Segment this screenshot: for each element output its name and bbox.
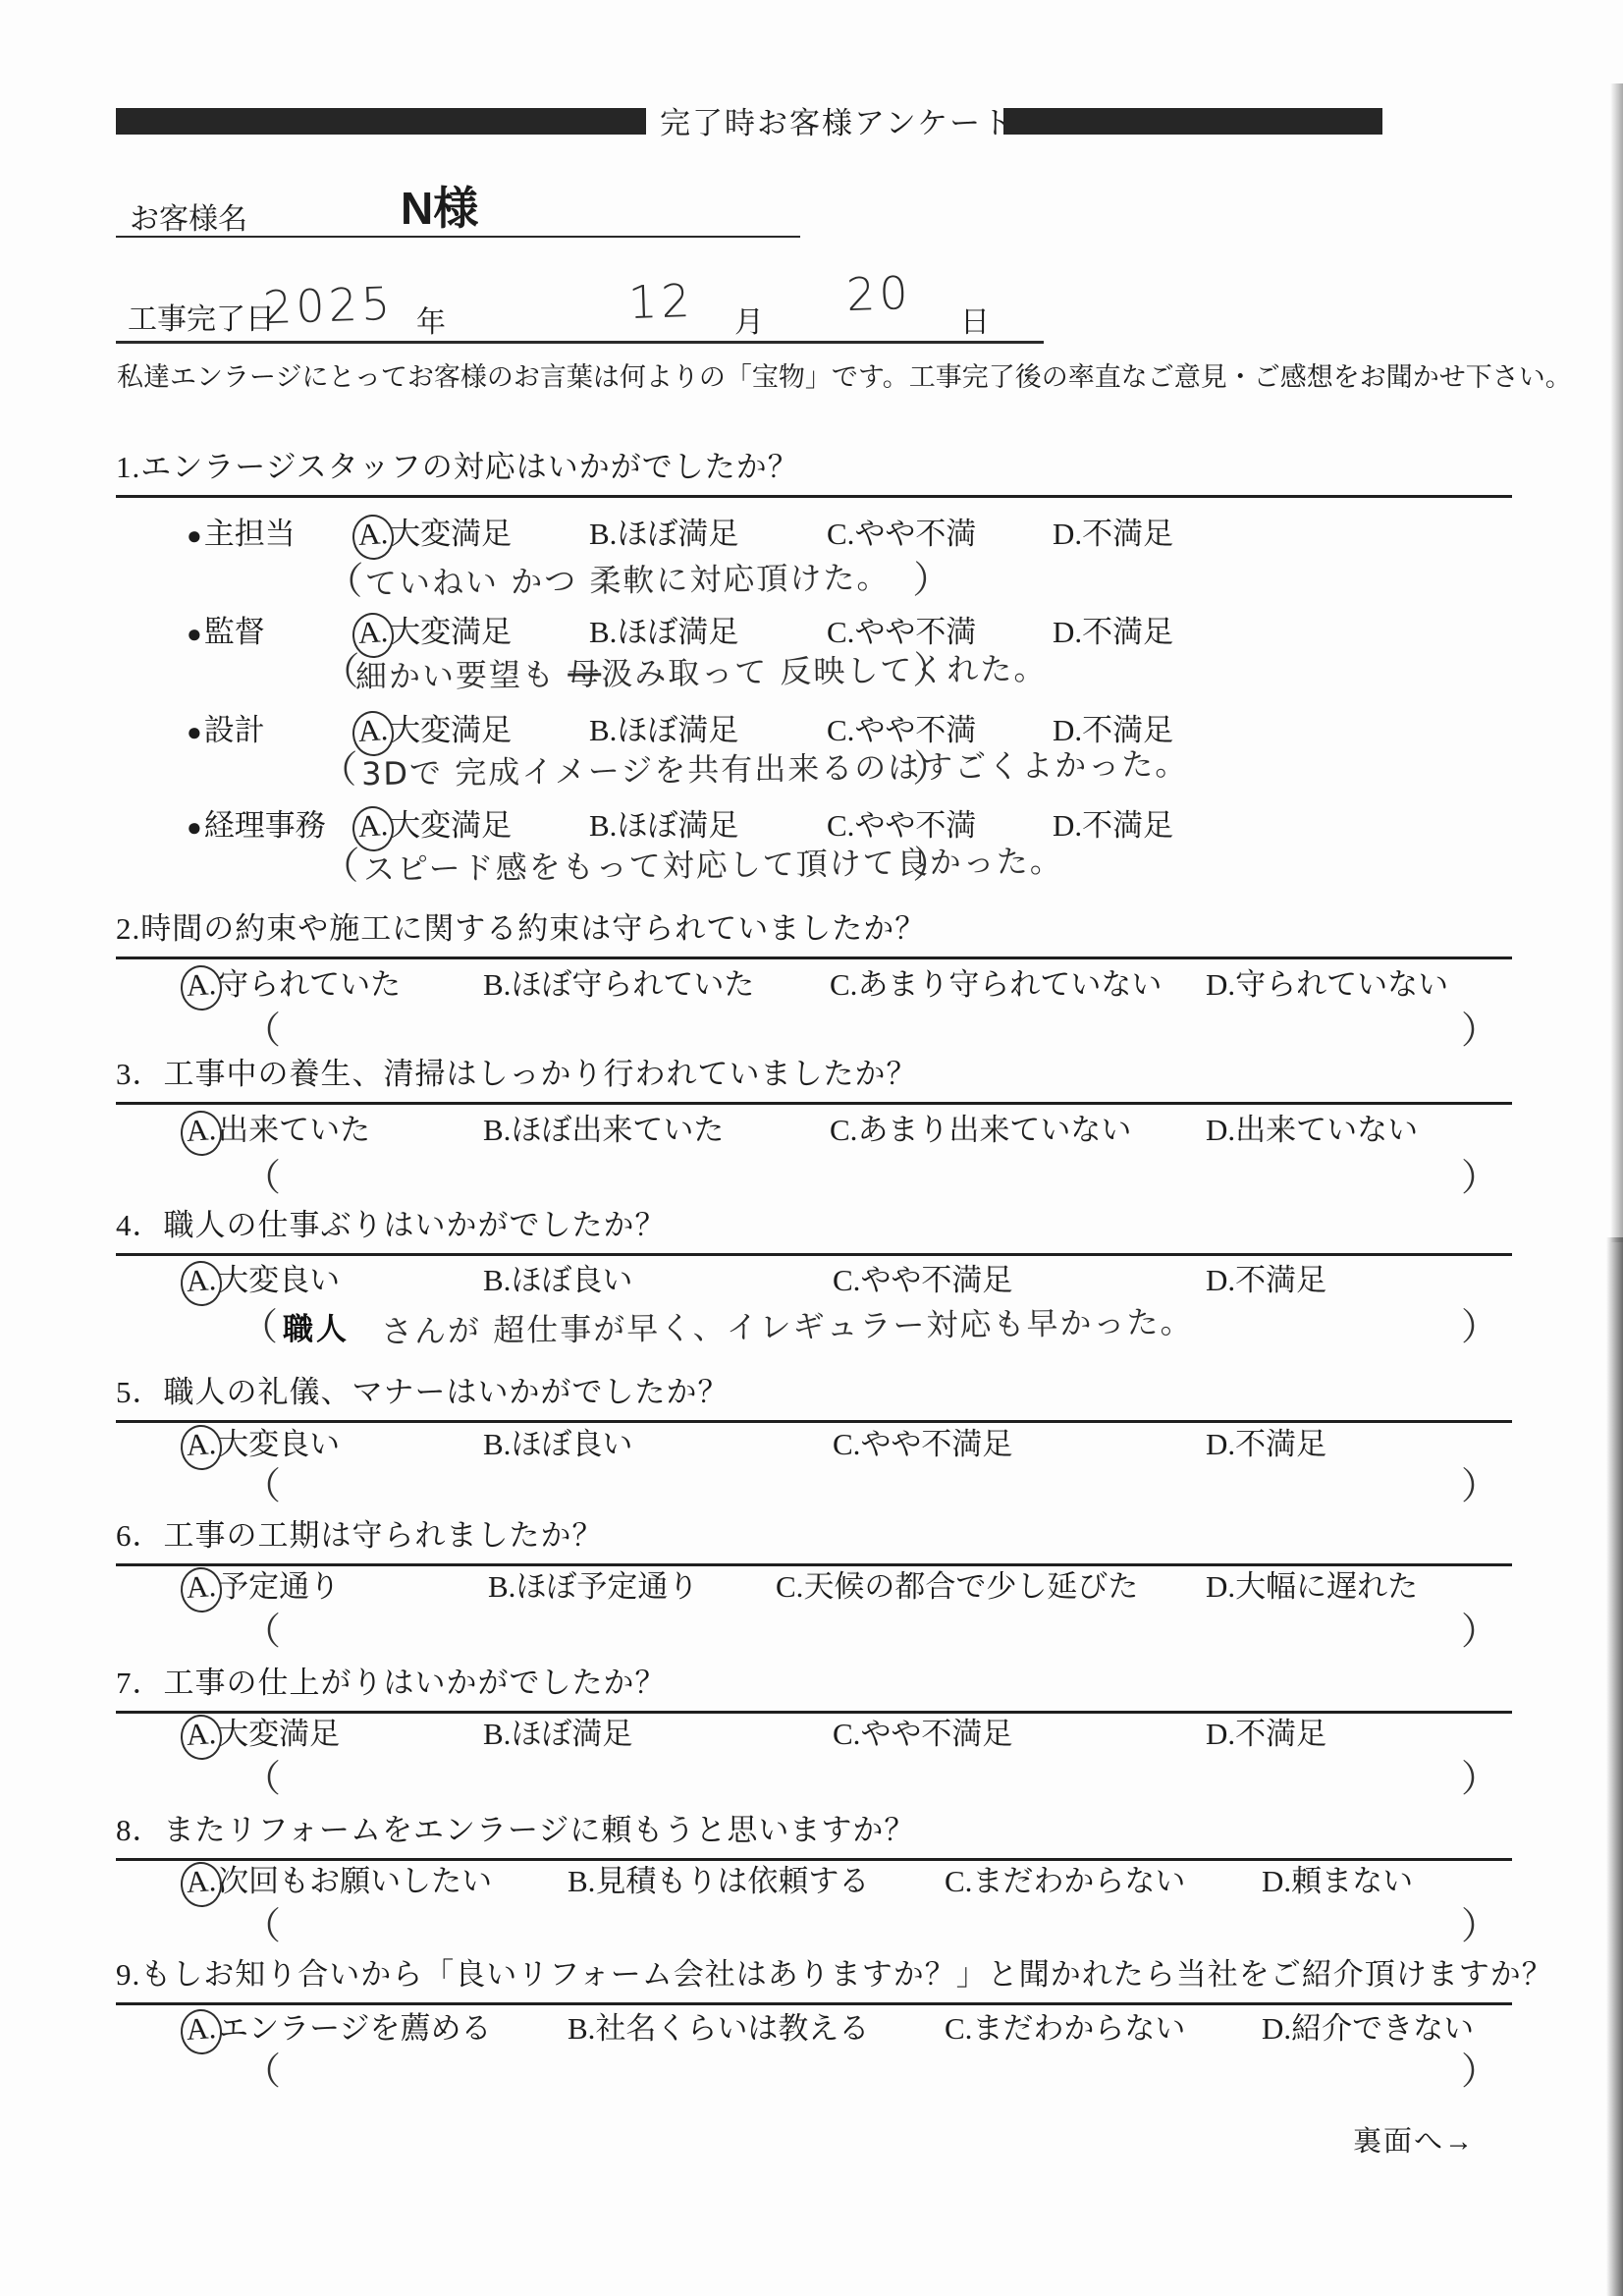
handwritten-comment: ていねい かつ 柔軟に対応頂けた。 [365,553,891,605]
option-a: A.大変良い [187,1255,340,1300]
open-paren: （ [319,738,358,793]
option-c: C.やや不満足 [833,1255,1012,1299]
survey-scan-page: 完了時お客様アンケート お客様名 N様 工事完了日 2025 年 12 月 20… [0,0,1623,2296]
option-a: A.次回もお願いしたい [187,1856,492,1901]
struck-char: 母 [568,655,601,692]
option-b: B.社名くらいは教える [568,2003,869,2048]
close-paren: ） [1461,1147,1498,1201]
option-b: B.ほぼ出来ていた [483,1105,724,1149]
scan-shadow-right-top [1610,83,1623,1242]
handwritten-comment-bold: 職人 [283,1304,350,1348]
question-7-options: A.大変満足 B.ほぼ満足 C.やや不満足 D.不満足 [0,1709,1623,1748]
open-paren: （ [243,1895,281,1949]
completion-date-underline [116,341,1044,344]
bullet-icon: ● [187,620,202,648]
handwritten-comment: 3Dで 完成イメージを共有出来るのはすごくよかった。 [361,739,1189,794]
q1-row-label: ●主担当 [187,509,296,553]
date-month-unit: 月 [734,298,764,341]
q1-row-accounting: ●経理事務 A.大変満足 B.ほぼ満足 C.やや不満 D.不満足 [0,800,1623,840]
close-paren: ） [1461,2041,1498,2095]
customer-name-label: お客様名 [130,194,247,238]
close-paren: ） [912,549,951,604]
option-a: A.大変満足 [187,1709,340,1754]
header-bar-right [1003,108,1382,135]
close-paren: ） [912,834,951,889]
option-c: C.あまり守られていない [830,959,1162,1004]
q1-row-main-staff: ●主担当 A.大変満足 B.ほぼ満足 C.やや不満 D.不満足 [0,509,1623,548]
form-title: 完了時お客様アンケート [660,98,1014,142]
option-d: D.不満足 [1053,607,1173,651]
option-b: B.ほぼ満足 [589,509,738,553]
q1-row-label: ●設計 [187,705,265,749]
option-c: C.まだわからない [945,1856,1185,1900]
handwritten-comment: さんが 超仕事が早く、イレギュラー対応も早かった。 [381,1297,1194,1352]
option-c: C.まだわからない [945,2003,1185,2048]
open-paren: （ [243,1000,281,1054]
option-a: A.エンラージを薦める [187,2003,492,2049]
option-d: D.不満足 [1206,1255,1326,1299]
option-d: D.紹介できない [1262,2003,1474,2048]
question-8-options: A.次回もお願いしたい B.見積もりは依頼する C.まだわからない D.頼まない [0,1856,1623,1895]
option-c: C.あまり出来ていない [830,1105,1131,1149]
option-a: A.大変満足 [358,800,512,846]
option-c: C.やや不満足 [833,1709,1012,1753]
open-paren: （ [325,549,364,604]
date-year-value: 2025 [262,277,395,335]
question-5-options: A.大変良い B.ほぼ良い C.やや不満足 D.不満足 [0,1419,1623,1458]
option-b: B.ほぼ予定通り [488,1561,698,1606]
option-d: D.大幅に遅れた [1206,1561,1418,1606]
date-month-value: 12 [627,274,694,329]
option-b: B.ほぼ良い [483,1419,632,1463]
date-year-unit: 年 [416,298,446,341]
close-paren: ） [1461,1748,1498,1802]
option-d: D.出来ていない [1206,1105,1418,1149]
question-9-title: 9.もしお知り合いから「良いリフォーム会社はありますか？」と聞かれたら当社をご紹… [116,1949,1512,2005]
bullet-icon: ● [187,521,202,550]
q1-row-design: ●設計 A.大変満足 B.ほぼ満足 C.やや不満 D.不満足 [0,705,1623,744]
close-paren: ） [1461,1455,1498,1509]
question-7-title: 7．工事の仕上がりはいかがでしたか？ [116,1658,1512,1714]
question-8-title: 8．またリフォームをエンラージに頼もうと思いますか？ [116,1805,1512,1861]
option-b: B.見積もりは依頼する [568,1856,869,1900]
completion-date-label: 工事完了日 [128,295,275,338]
open-paren: （ [243,1455,281,1509]
option-b: B.ほぼ満足 [483,1709,632,1753]
close-paren: ） [1461,1601,1498,1655]
question-4-options: A.大変良い B.ほぼ良い C.やや不満足 D.不満足 [0,1255,1623,1294]
option-b: B.ほぼ良い [483,1255,632,1299]
date-day-unit: 日 [960,298,990,341]
open-paren: （ [243,1748,281,1802]
option-d: D.不満足 [1053,800,1173,845]
question-2-title: 2.時間の約束や施工に関する約束は守られていましたか？ [116,903,1512,959]
header-bar-left [116,108,646,135]
q1-row-label: ●監督 [187,607,265,651]
bullet-icon: ● [187,718,202,746]
option-a: A.大変満足 [358,509,512,554]
question-4-title: 4．職人の仕事ぶりはいかがでしたか？ [116,1200,1512,1256]
open-paren: （ [243,1601,281,1655]
close-paren: ） [1461,1000,1498,1054]
option-c: C.やや不満足 [833,1419,1012,1463]
option-d: D.守られていない [1206,959,1448,1004]
intro-text: 私達エンラージにとってお客様のお言葉は何よりの「宝物」です。工事完了後の率直なご… [117,355,1572,394]
question-1-title: 1.エンラージスタッフの対応はいかがでしたか？ [116,442,1512,498]
option-c: C.天候の都合で少し延びた [776,1561,1138,1606]
close-paren: ） [912,738,951,793]
option-d: D.不満足 [1206,1709,1326,1753]
option-b: B.ほぼ満足 [589,607,738,651]
question-6-options: A.予定通り B.ほぼ予定通り C.天候の都合で少し延びた D.大幅に遅れた [0,1561,1623,1601]
option-a: A.予定通り [187,1561,340,1607]
bullet-icon: ● [187,813,202,842]
option-b: B.ほぼ満足 [589,800,738,845]
date-day-value: 20 [845,266,912,321]
question-3-title: 3．工事中の養生、清掃はしっかり行われていましたか？ [116,1049,1512,1105]
question-6-title: 6．工事の工期は守られましたか？ [116,1510,1512,1566]
open-paren: （ [321,834,360,889]
q1-row-label: ●経理事務 [187,800,326,845]
open-paren: （ [243,1147,281,1201]
close-paren: ） [1461,1895,1498,1949]
customer-name-value: N様 [401,173,478,238]
handwritten-comment: スピード感をもって対応して頂けて良かった。 [363,837,1063,891]
question-5-title: 5．職人の礼儀、マナーはいかがでしたか？ [116,1367,1512,1423]
close-paren: ） [1461,1296,1498,1350]
option-b: B.ほぼ守られていた [483,959,754,1004]
option-d: D.不満足 [1053,509,1173,553]
option-a: A.出来ていた [187,1105,370,1150]
question-3-options: A.出来ていた B.ほぼ出来ていた C.あまり出来ていない D.出来ていない [0,1105,1623,1144]
open-paren: （ [241,1296,278,1350]
question-2-options: A.守られていた B.ほぼ守られていた C.あまり守られていない D.守られてい… [0,959,1623,999]
back-page-note: 裏面へ→ [1353,2119,1475,2159]
question-9-options: A.エンラージを薦める B.社名くらいは教える C.まだわからない D.紹介でき… [0,2003,1623,2043]
option-a: A.大変満足 [358,705,512,750]
q1-row-supervisor: ●監督 A.大変満足 B.ほぼ満足 C.やや不満 D.不満足 [0,607,1623,646]
close-paren: ） [912,639,951,694]
option-b: B.ほぼ満足 [589,705,738,749]
scan-shadow-right-bottom [1606,1237,1623,2296]
option-d: D.不満足 [1206,1419,1326,1463]
option-d: D.頼まない [1262,1856,1413,1900]
option-a: A.大変満足 [358,607,512,652]
option-a: A.守られていた [187,959,401,1005]
option-c: C.やや不満 [827,509,976,553]
open-paren: （ [243,2041,281,2095]
customer-name-underline [116,236,800,238]
